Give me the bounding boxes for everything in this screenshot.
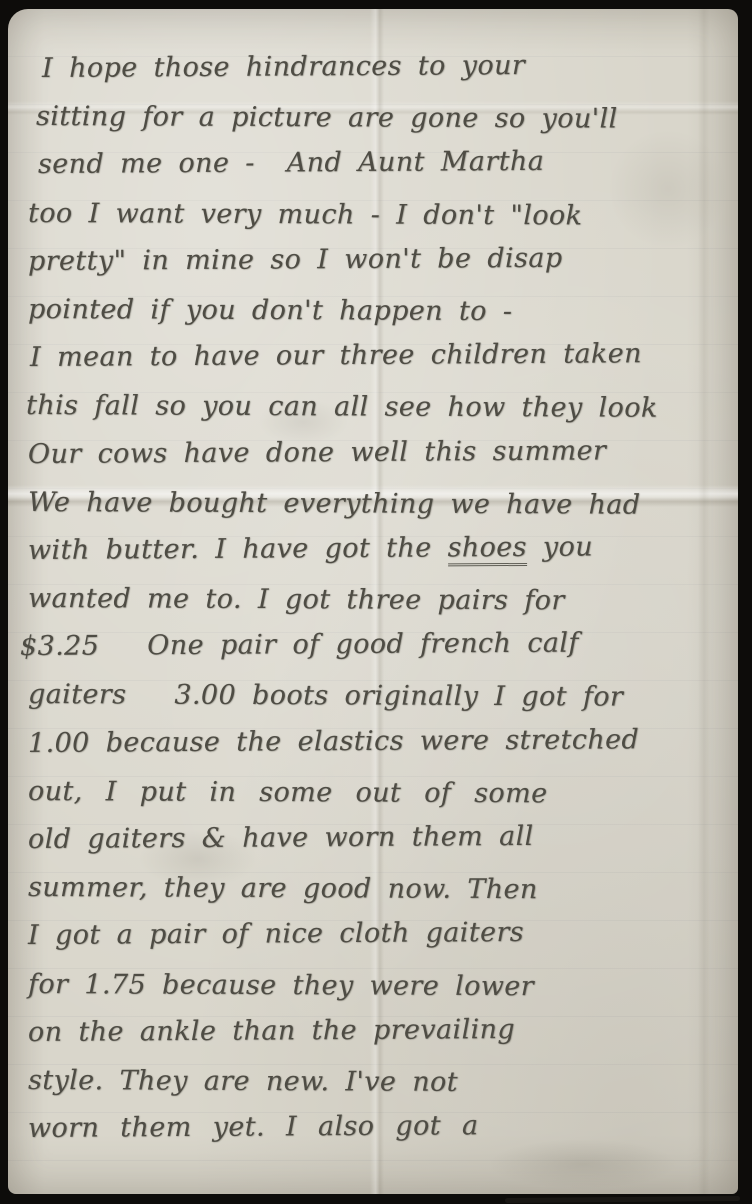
letter-line: 1.00 because the elastics were stretched	[28, 715, 738, 768]
letter-line: too I want very much - I don't "look	[28, 190, 738, 241]
letter-line: I got a pair of nice cloth gaiters	[28, 908, 738, 961]
paper-edge-shadow	[505, 1196, 740, 1203]
letter-line: on the ankle than the prevailing	[28, 1004, 738, 1057]
scanned-letter-page: I hope those hindrances to yoursitting f…	[0, 0, 752, 1204]
letter-paper: I hope those hindrances to yoursitting f…	[8, 9, 738, 1194]
letter-line: send me one - And Aunt Martha	[38, 137, 738, 189]
letter-body: I hope those hindrances to yoursitting f…	[28, 45, 738, 1194]
letter-line: $3.25 One pair of good french calf	[20, 619, 738, 672]
letter-line: for 1.75 because they were lower	[28, 961, 738, 1012]
letter-line: old gaiters & have worn them all	[28, 812, 738, 865]
letter-line: with butter. I have got the shoes you	[28, 523, 738, 576]
letter-line: We have bought everything we have had	[28, 479, 738, 530]
letter-line: pretty" in mine so I won't be disap	[28, 233, 738, 286]
letter-line: this fall so you can all see how they lo…	[26, 382, 738, 433]
letter-line: Our cows have done well this summer	[28, 426, 738, 479]
underlined-word: shoes	[447, 532, 527, 566]
letter-line: worn them yet. I also got a	[28, 1101, 738, 1154]
letter-line: I hope those hindrances to your	[42, 41, 738, 93]
letter-line: gaiters 3.00 boots originally I got for	[28, 671, 738, 722]
letter-line: I mean to have our three children taken	[30, 330, 738, 383]
